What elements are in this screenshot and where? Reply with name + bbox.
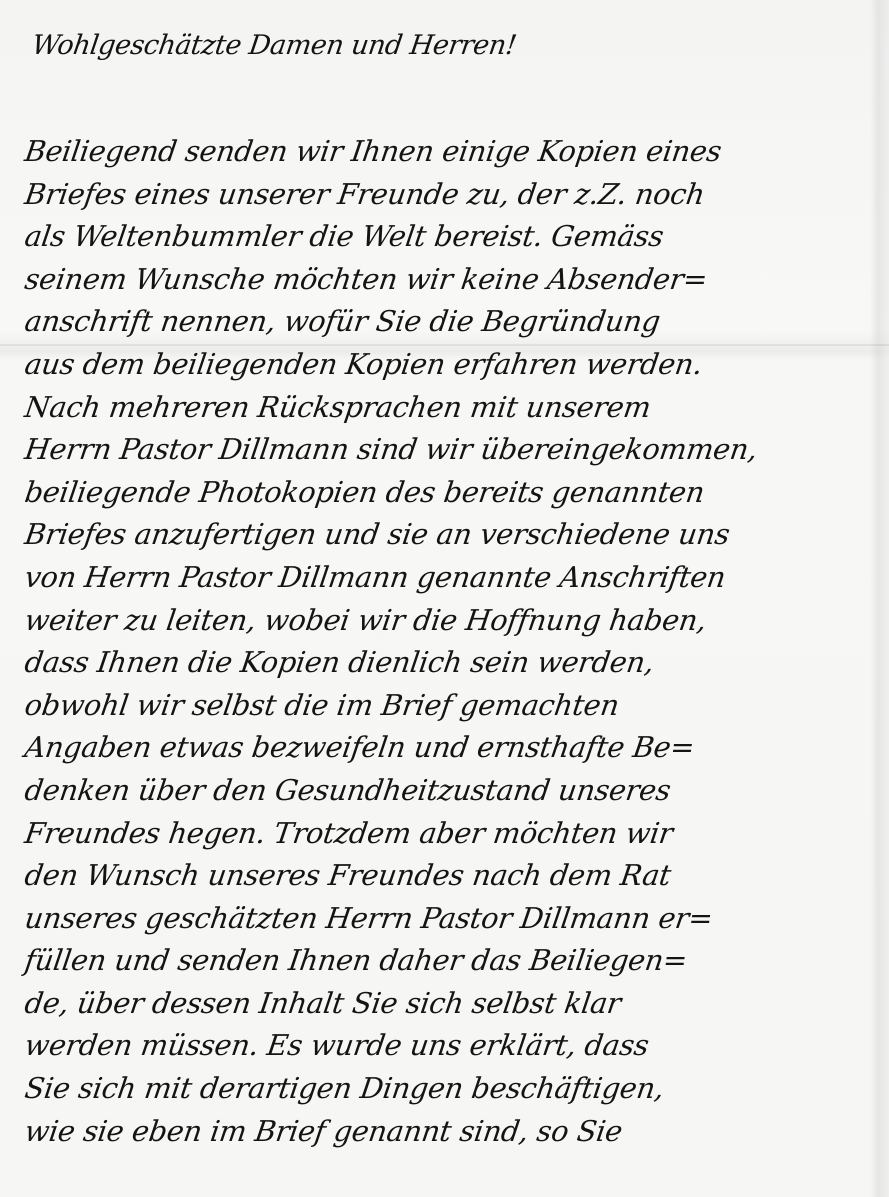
letter-line: Nach mehreren Rücksprachen mit unserem	[22, 386, 888, 429]
letter-line: füllen und senden Ihnen daher das Beilie…	[22, 939, 888, 982]
letter-line: wie sie eben im Brief genannt sind, so S…	[22, 1110, 888, 1153]
letter-line: Sie sich mit derartigen Dingen beschäfti…	[22, 1067, 888, 1110]
letter-line: von Herrn Pastor Dillmann genannte Ansch…	[22, 556, 888, 599]
letter-line: den Wunsch unseres Freundes nach dem Rat	[22, 854, 888, 897]
letter-page: Wohlgeschätzte Damen und Herren! Beilieg…	[0, 0, 889, 1197]
letter-line: Herrn Pastor Dillmann sind wir übereinge…	[22, 428, 888, 471]
letter-body: Beiliegend senden wir Ihnen einige Kopie…	[22, 130, 882, 1152]
letter-line: seinem Wunsche möchten wir keine Absende…	[22, 258, 888, 301]
letter-line: als Weltenbummler die Welt bereist. Gemä…	[22, 215, 888, 258]
letter-line: anschrift nennen, wofür Sie die Begründu…	[22, 300, 888, 343]
letter-line: Freundes hegen. Trotzdem aber möchten wi…	[22, 812, 888, 855]
letter-salutation: Wohlgeschätzte Damen und Herren!	[30, 30, 518, 61]
letter-line: unseres geschätzten Herrn Pastor Dillman…	[22, 897, 888, 940]
letter-line: beiliegende Photokopien des bereits gena…	[22, 471, 888, 514]
letter-line: aus dem beiliegenden Kopien erfahren wer…	[22, 343, 888, 386]
letter-line: Angaben etwas bezweifeln und ernsthafte …	[22, 726, 888, 769]
letter-line: obwohl wir selbst die im Brief gemachten	[22, 684, 888, 727]
letter-line: de, über dessen Inhalt Sie sich selbst k…	[22, 982, 888, 1025]
letter-line: Briefes eines unserer Freunde zu, der z.…	[22, 173, 888, 216]
letter-line: Beiliegend senden wir Ihnen einige Kopie…	[22, 130, 888, 173]
letter-line: dass Ihnen die Kopien dienlich sein werd…	[22, 641, 888, 684]
letter-line: denken über den Gesundheitzustand unsere…	[22, 769, 888, 812]
letter-line: weiter zu leiten, wobei wir die Hoffnung…	[22, 599, 888, 642]
letter-line: Briefes anzufertigen und sie an verschie…	[22, 513, 888, 556]
letter-line: werden müssen. Es wurde uns erklärt, das…	[22, 1024, 888, 1067]
